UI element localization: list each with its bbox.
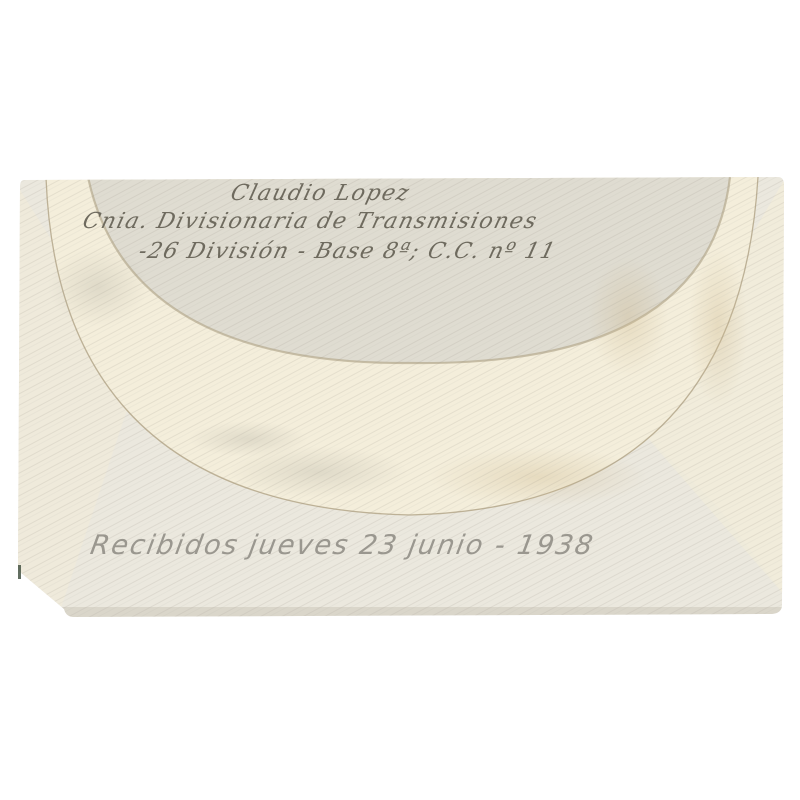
sender-name: Claudio Lopez bbox=[228, 181, 413, 206]
received-date-note: Recibidos jueves 23 junio - 1938 bbox=[88, 530, 597, 561]
sender-unit: Cnia. Divisionaria de Transmisiones bbox=[80, 209, 540, 234]
sender-division: -26 División - Base 8ª; C.C. nº 11 bbox=[136, 239, 559, 264]
envelope-back: Claudio Lopez Cnia. Divisionaria de Tran… bbox=[18, 177, 786, 617]
photo-stage: Claudio Lopez Cnia. Divisionaria de Tran… bbox=[0, 0, 800, 800]
